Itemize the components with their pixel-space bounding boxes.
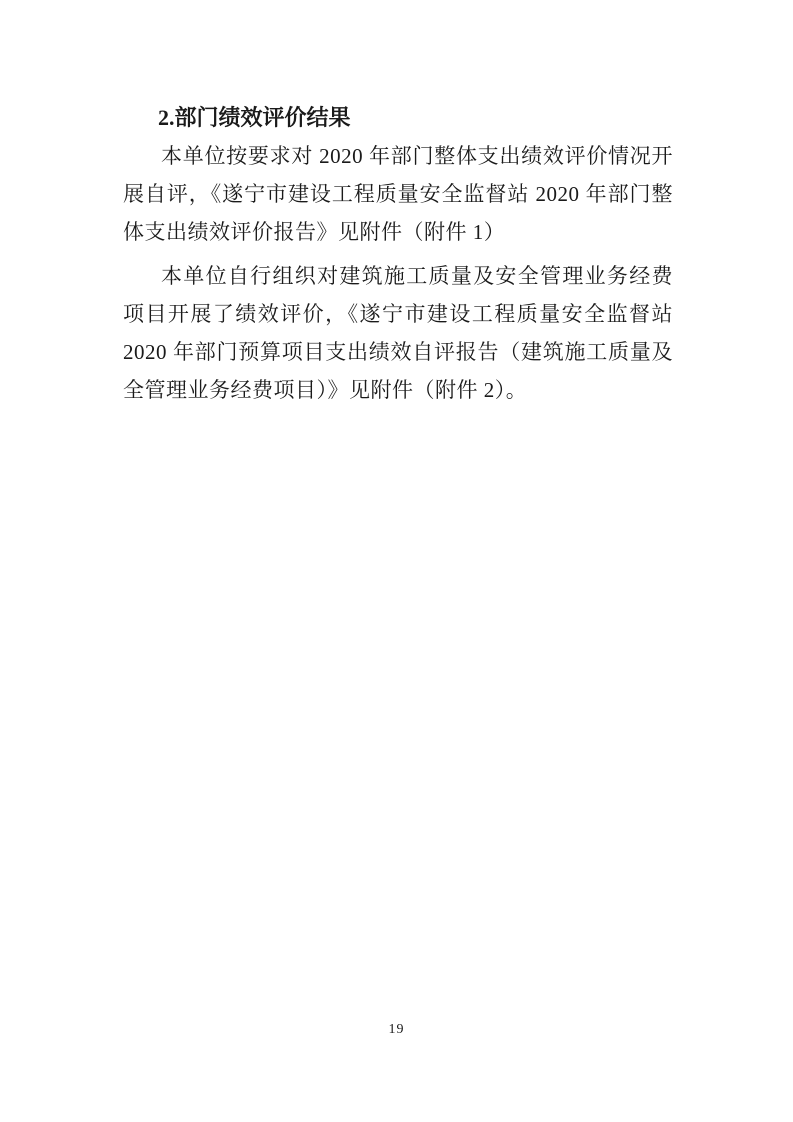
- paragraph-line: 体支出绩效评价报告》见附件（附件 1）: [123, 213, 673, 251]
- page-content: 2.部门绩效评价结果 本单位按要求对 2020 年部门整体支出绩效评价情况开 展…: [123, 99, 673, 409]
- page-footer: 19: [0, 1020, 793, 1038]
- paragraph-line: 全管理业务经费项目）》见附件（附件 2）。: [123, 371, 673, 409]
- paragraph-1: 本单位按要求对 2020 年部门整体支出绩效评价情况开 展自评，《遂宁市建设工程…: [123, 137, 673, 251]
- paragraph-line: 2020 年部门预算项目支出绩效自评报告（建筑施工质量及安: [123, 333, 673, 371]
- paragraph-line: 本单位自行组织对建筑施工质量及安全管理业务经费: [123, 257, 673, 295]
- paragraph-line: 项目开展了绩效评价，《遂宁市建设工程质量安全监督站: [123, 295, 673, 333]
- paragraph-line: 本单位按要求对 2020 年部门整体支出绩效评价情况开: [123, 137, 673, 175]
- paragraph-2: 本单位自行组织对建筑施工质量及安全管理业务经费 项目开展了绩效评价，《遂宁市建设…: [123, 257, 673, 409]
- section-heading: 2.部门绩效评价结果: [158, 99, 673, 137]
- page-number: 19: [389, 1022, 405, 1037]
- document-page: 2.部门绩效评价结果 本单位按要求对 2020 年部门整体支出绩效评价情况开 展…: [0, 0, 793, 1122]
- paragraph-line: 展自评，《遂宁市建设工程质量安全监督站 2020 年部门整: [123, 175, 673, 213]
